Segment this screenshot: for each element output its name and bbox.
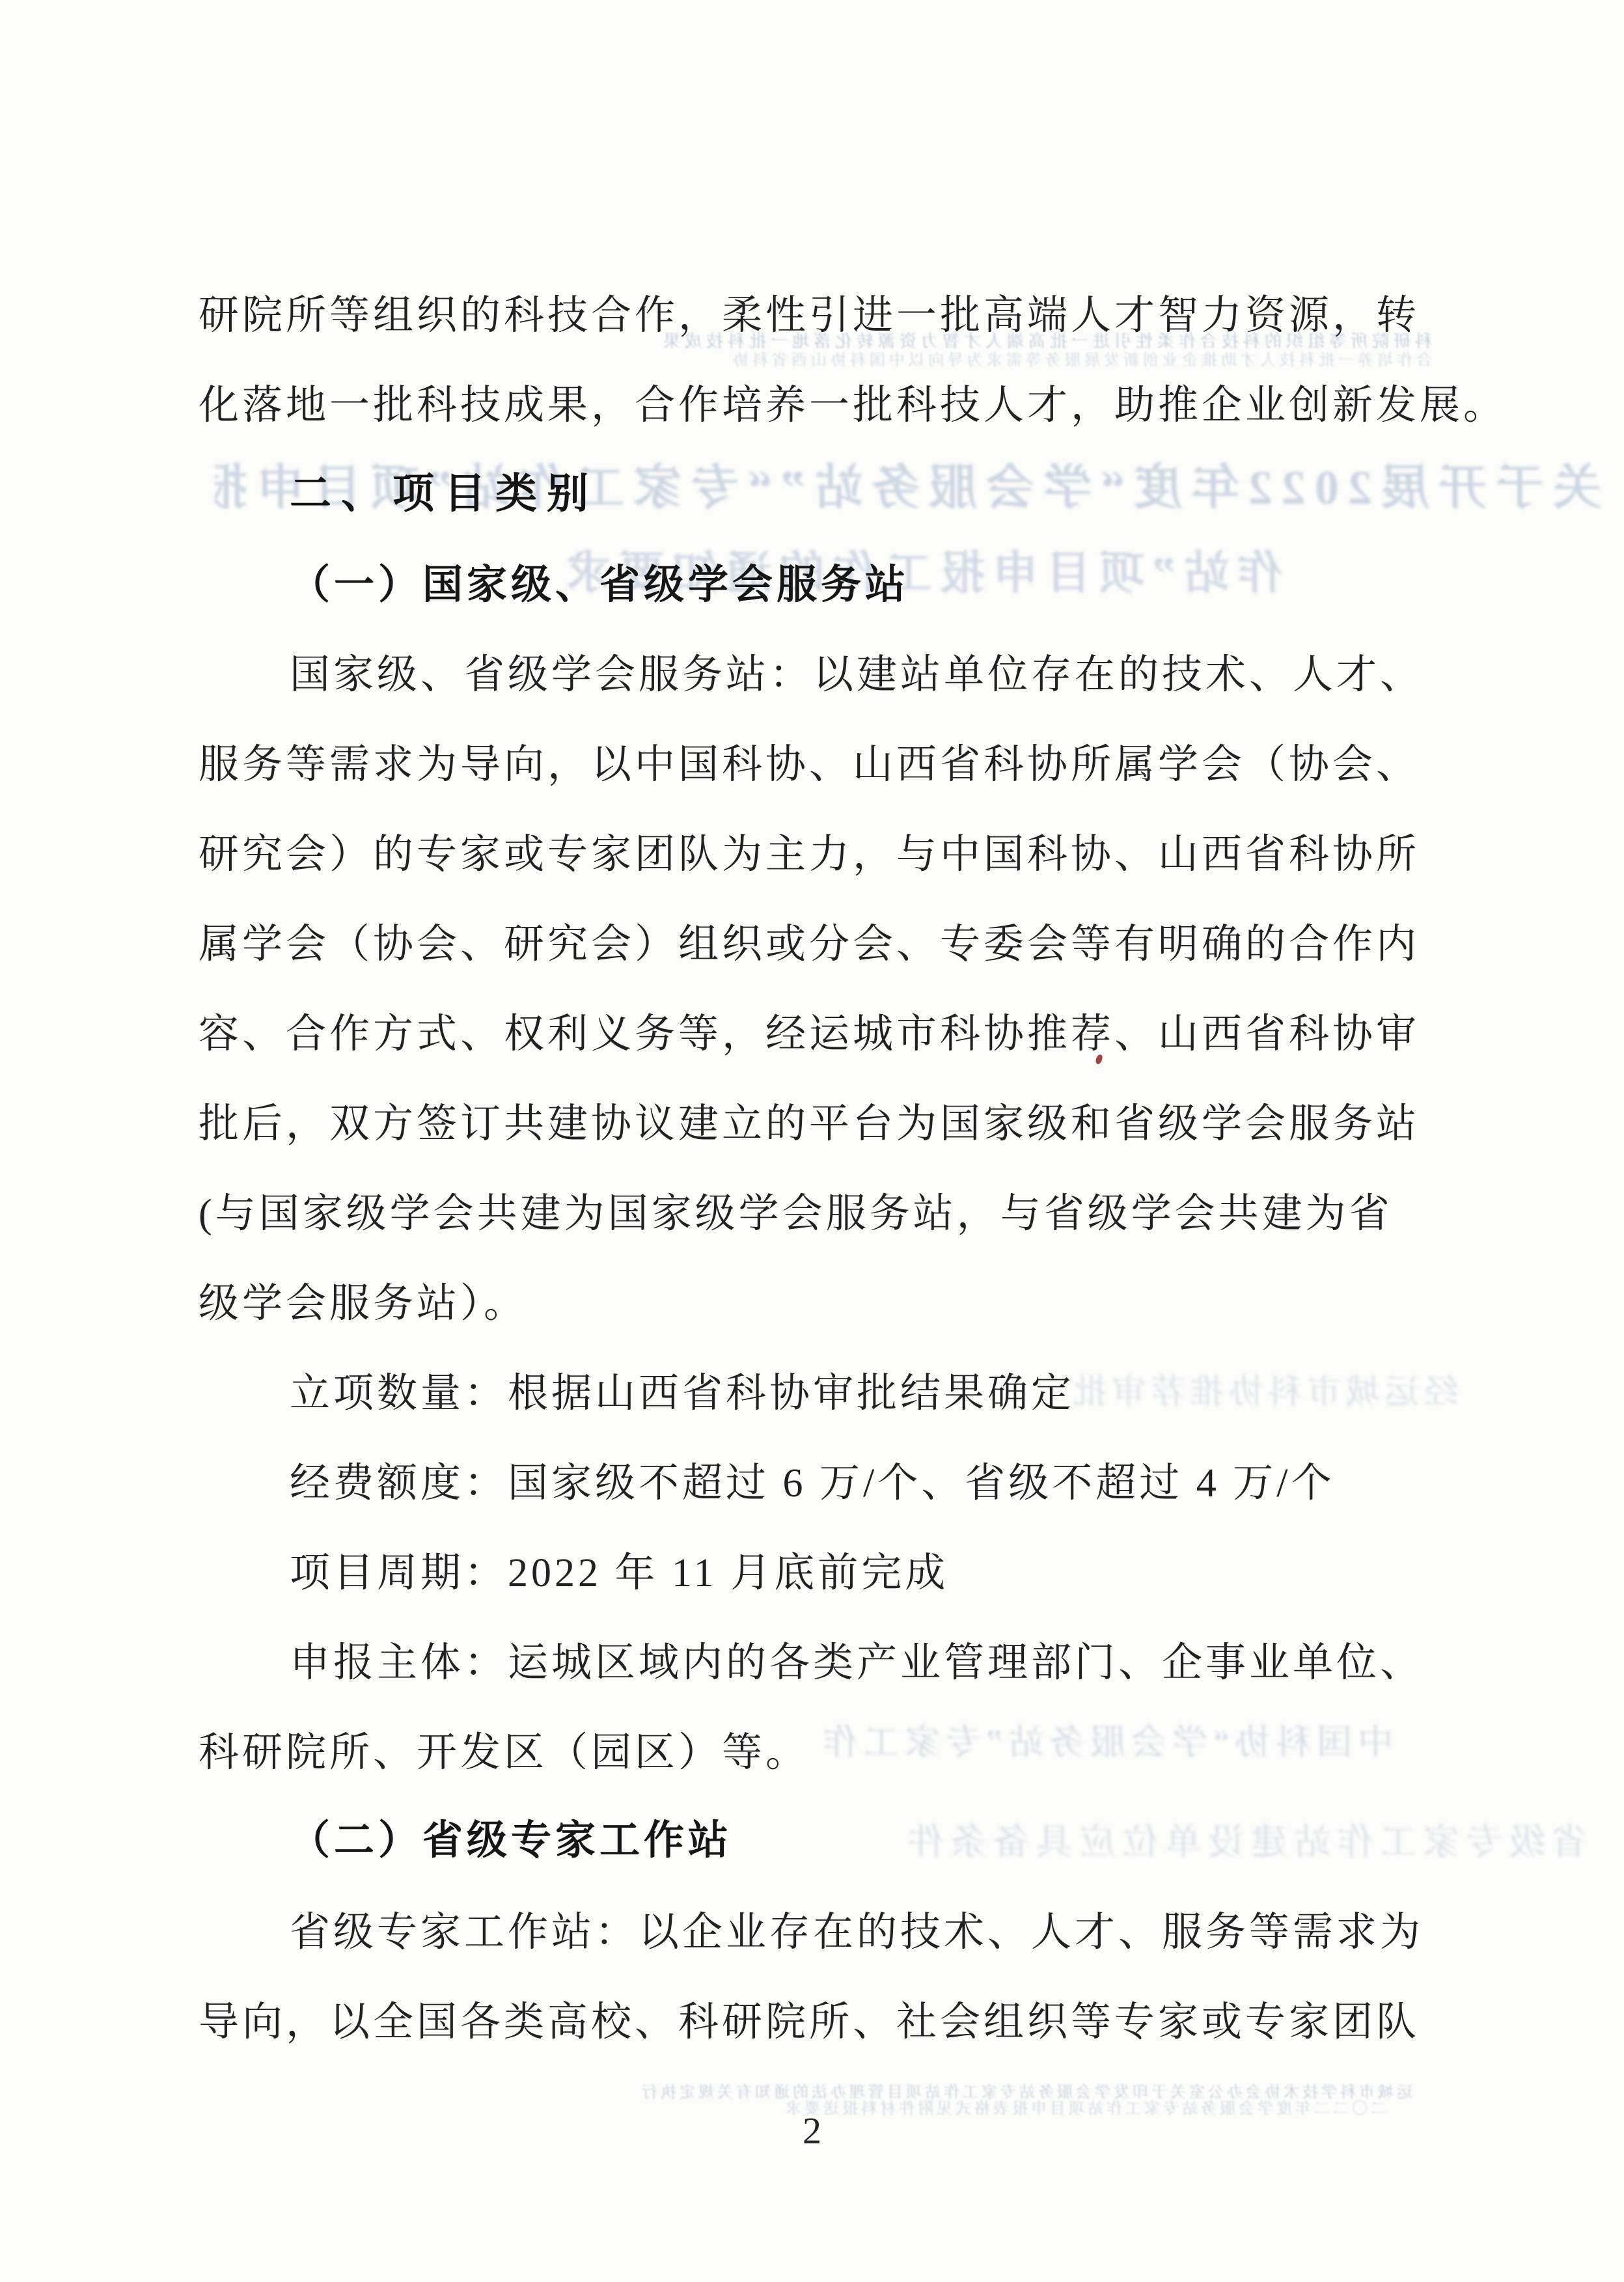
body-line: 批后，双方签订共建协议建立的平台为国家级和省级学会服务站	[199, 1099, 1474, 1149]
section-heading-project-categories: 二、项目类别	[290, 469, 1565, 518]
scanned-document-page: 科研院所等组织的科技合作柔性引进一批高端人才智力资源转化落地一批科技成果 合作培…	[0, 0, 1624, 2282]
body-line: 属学会（协会、研究会）组织或分会、专委会等有明确的合作内	[199, 920, 1474, 969]
body-line: 国家级、省级学会服务站：以建站单位存在的技术、人才、	[290, 650, 1565, 700]
bleedthrough-text: 合作培养一批科技人才助推企业创新发展服务等需求为导向以中国科协山西省科协	[195, 347, 1432, 370]
body-line: 级学会服务站）。	[199, 1279, 1474, 1328]
body-line: 导向，以全国各类高校、科研院所、社会组织等专家或专家团队	[199, 1998, 1474, 2047]
body-line: 科研院所、开发区（园区）等。	[199, 1728, 1474, 1778]
body-line: 服务等需求为导向，以中国科协、山西省科协所属学会（协会、	[199, 740, 1474, 790]
body-line-funding-amount: 经费额度：国家级不超过 6 万/个、省级不超过 4 万/个	[290, 1459, 1565, 1508]
body-line-project-period: 项目周期：2022 年 11 月底前完成	[290, 1548, 1565, 1598]
body-line: 容、合作方式、权利义务等，经运城市科协推荐、山西省科协审	[199, 1010, 1474, 1059]
body-line: 研究会）的专家或专家团队为主力，与中国科协、山西省科协所	[199, 830, 1474, 879]
bleedthrough-text: 运城市科学技术协会办公室关于印发学会服务站专家工作站项目管理办法的通知有关规定执…	[176, 2079, 1412, 2102]
subsection-heading-1: （一）国家级、省级学会服务站	[290, 560, 1565, 610]
body-line: (与国家级学会共建为国家级学会服务站，与省级学会共建为省	[199, 1189, 1474, 1239]
body-line: 研院所等组织的科技合作，柔性引进一批高端人才智力资源，转	[199, 291, 1474, 340]
body-line-project-count: 立项数量：根据山西省科协审批结果确定	[290, 1369, 1565, 1418]
subsection-heading-2: （二）省级专家工作站	[290, 1816, 1565, 1865]
body-line-applicant: 申报主体：运城区域内的各类产业管理部门、企事业单位、	[290, 1638, 1565, 1688]
body-line: 省级专家工作站：以企业存在的技术、人才、服务等需求为	[290, 1908, 1565, 1957]
page-number: 2	[0, 2109, 1624, 2152]
body-line: 化落地一批科技成果，合作培养一批科技人才，助推企业创新发展。	[199, 381, 1474, 430]
